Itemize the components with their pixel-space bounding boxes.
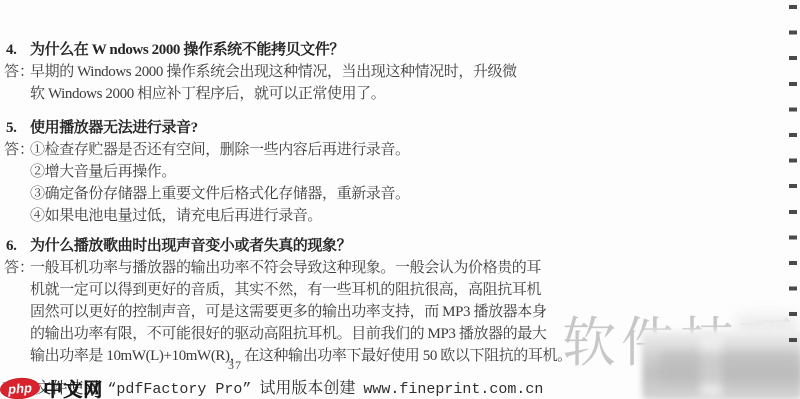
question-number: 6. [4,235,30,257]
answer-line: 的输出功率有限，不可能很好的驱动高阻抗耳机。目前我们的 MP3 播放器的最大 [30,323,564,345]
fineprint-link[interactable]: www.fineprint.com.cn [363,381,543,398]
qa-block-4: 4. 为什么在 W ndows 2000 操作系统不能拷贝文件？ 答： 早期的 … [4,39,564,105]
question-number: 4. [4,39,30,61]
blurred-region [658,352,800,384]
document-page: 软件技巧 4. 为什么在 W ndows 2000 操作系统不能拷贝文件？ 答：… [0,0,800,399]
answer-label: 答： [4,61,34,83]
answer-line: 输出功率是 10mW(L)+10mW(R)，在这种输出功率下最好使用 50 欧以… [30,345,564,367]
answer-line: ②增大音量后再操作。 [30,161,564,183]
question-text: 为什么播放歌曲时出现声音变小或者失真的现象？ [30,235,351,257]
question-heading: 6. 为什么播放歌曲时出现声音变小或者失真的现象？ [4,235,564,257]
answer-line: ③确定备份存储器上重要文件后格式化存储器，重新录音。 [30,183,564,205]
php-logo-text: php [8,381,33,396]
php-cn-logo: php 中文网 [0,375,103,399]
question-heading: 4. 为什么在 W ndows 2000 操作系统不能拷贝文件？ [4,39,564,61]
answer-line: 固然可以更好的控制声音，可是这需要更多的输出功率支持，而 MP3 播放器本身 [30,301,564,323]
answer-line: 早期的 Windows 2000 操作系统会出现这种情况，当出现这种情况时，升级… [30,61,564,83]
answer: 答： 早期的 Windows 2000 操作系统会出现这种情况，当出现这种情况时… [4,61,564,105]
question-heading: 5. 使用播放器无法进行录音? [4,117,564,139]
footer-middle: 试用版本创建 [259,380,355,397]
answer-line: 一般耳机功率与播放器的输出功率不符会导致这种现象。一般会认为价格贵的耳 [30,257,564,279]
answer: 答： ①检查存贮器是否还有空间，删除一些内容后再进行录音。 ②增大音量后再操作。… [4,139,564,227]
question-text: 为什么在 W ndows 2000 操作系统不能拷贝文件？ [30,39,344,61]
qa-block-5: 5. 使用播放器无法进行录音? 答： ①检查存贮器是否还有空间，删除一些内容后再… [4,117,564,227]
qa-block-6: 6. 为什么播放歌曲时出现声音变小或者失真的现象？ 答： 一般耳机功率与播放器的… [4,235,564,367]
answer-line: ①检查存贮器是否还有空间，删除一些内容后再进行录音。 [30,139,564,161]
page-number: 37 [228,358,242,373]
answer-line: ④如果电池电量过低，请充电后再进行录音。 [30,205,564,227]
answer-line: 软 Windows 2000 相应补丁程序后，就可以正常使用了。 [30,83,564,105]
answer-label: 答： [4,257,34,279]
footer-app-name: “pdfFactory Pro” [107,381,251,398]
site-name-text: 中文网 [43,375,103,399]
answer-line: 机就一定可以得到更好的音质，其实不然，有一些耳机的阻抗很高，高阻抗耳机 [30,279,564,301]
question-number: 5. [4,117,30,139]
right-edge-marks [789,5,797,347]
answer: 答： 一般耳机功率与播放器的输出功率不符会导致这种现象。一般会认为价格贵的耳 机… [4,257,564,367]
question-text: 使用播放器无法进行录音? [30,117,198,139]
answer-label: 答： [4,139,34,161]
php-logo-ellipse: php [0,377,41,399]
